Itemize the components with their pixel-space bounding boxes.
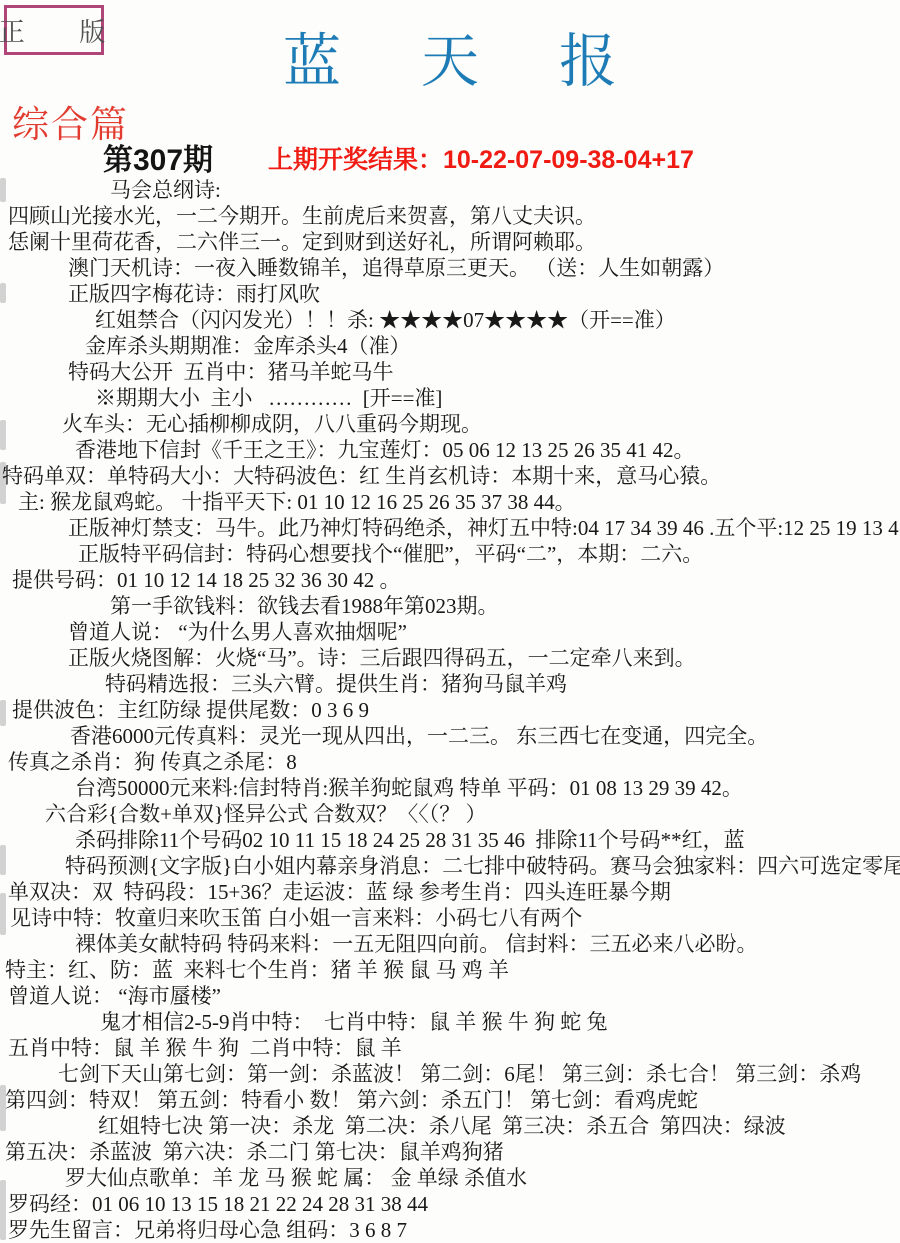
text-line: 特码单双：单特码大小：大特码波色：红 生肖玄机诗：本期十来，意马心猿。	[0, 463, 900, 489]
text-line: 正版特平码信封：特码心想要找个“催肥”，平码“二”，本期：二六。	[0, 541, 900, 567]
text-line: 火车头：无心插柳柳成阴，八八重码今期现。	[0, 411, 900, 437]
text-line: 特主：红、防：蓝 来料七个生肖：猪 羊 猴 鼠 马 鸡 羊	[0, 957, 900, 983]
text-line: 曾道人说： “为什么男人喜欢抽烟呢”	[0, 619, 900, 645]
text-line: 特码精选报：三头六臂。提供生肖：猪狗马鼠羊鸡	[0, 671, 900, 697]
text-line: 马会总纲诗:	[0, 177, 900, 203]
text-line: 见诗中特：牧童归来吹玉笛 白小姐一言来料：小码七八有两个	[0, 905, 900, 931]
text-line: 澳门天机诗：一夜入睡数锦羊，追得草原三更天。 （送：人生如朝露）	[0, 255, 900, 281]
report-title: 蓝天报	[0, 14, 900, 98]
text-line: 罗大仙点歌单：羊 龙 马 猴 蛇 属： 金 单绿 杀值水	[0, 1165, 900, 1191]
report-page: 正 版 蓝天报 综合篇 第307期 上期开奖结果：10-22-07-09-38-…	[0, 0, 900, 1243]
text-line: 主: 猴龙鼠鸡蛇。 十指平天下: 01 10 12 16 25 26 35 37…	[0, 489, 900, 515]
text-line: 罗码经：01 06 10 13 15 18 21 22 24 28 31 38 …	[0, 1191, 900, 1217]
text-line: 特码大公开 五肖中：猪马羊蛇马牛	[0, 359, 900, 385]
text-line: 特码预测{文字版}白小姐内幕亲身消息：二七排中破特码。赛马会独家料：四六可选定零…	[0, 853, 900, 879]
text-line: 鬼才相信2-5-9肖中特： 七肖中特：鼠 羊 猴 牛 狗 蛇 兔	[0, 1009, 900, 1035]
text-line: 六合彩{合数+单双}怪异公式 合数双？〈〈（？ ）	[0, 801, 900, 827]
text-line: 香港6000元传真料：灵光一现从四出，一二三。 东三西七在变通，四完全。	[0, 723, 900, 749]
text-line: 红姐禁合（闪闪发光）！！杀: ★★★★07★★★★（开==准）	[0, 307, 900, 333]
text-line: 正版火烧图解：火烧“马”。诗：三后跟四得码五，一二定牵八来到。	[0, 645, 900, 671]
text-line: 红姐特七决 第一决：杀龙 第二决：杀八尾 第三决：杀五合 第四决：绿波	[0, 1113, 900, 1139]
text-line: 第一手欲钱料：欲钱去看1988年第023期。	[0, 593, 900, 619]
text-line: 提供波色：主红防绿 提供尾数：0 3 6 9	[0, 697, 900, 723]
text-line: 传真之杀肖：狗 传真之杀尾：8	[0, 749, 900, 775]
text-line: 四顾山光接水光，一二今期开。生前虎后来贺喜，第八丈夫识。	[0, 203, 900, 229]
text-line: ※期期大小 主小 ………… [开==准]	[0, 385, 900, 411]
text-line: 第五决：杀蓝波 第六决：杀二门 第七决：鼠羊鸡狗猪	[0, 1139, 900, 1165]
text-line: 杀码排除11个号码02 10 11 15 18 24 25 28 31 35 4…	[0, 827, 900, 853]
previous-draw-result: 上期开奖结果：10-22-07-09-38-04+17	[268, 140, 694, 176]
text-line: 提供号码：01 10 12 14 18 25 32 36 30 42 。	[0, 567, 900, 593]
text-line: 香港地下信封《千王之王》：九宝莲灯：05 06 12 13 25 26 35 4…	[0, 437, 900, 463]
issue-number: 第307期	[103, 135, 213, 179]
text-line: 裸体美女献特码 特码来料：一五无阻四向前。 信封料：三五必来八必盼。	[0, 931, 900, 957]
text-line: 恁阑十里荷花香，二六伴三一。定到财到送好礼，所谓阿赖耶。	[0, 229, 900, 255]
text-line: 正版神灯禁支：马牛。此乃神灯特码绝杀，神灯五中特:04 17 34 39 46 …	[0, 515, 900, 541]
text-line: 五肖中特：鼠 羊 猴 牛 狗 二肖中特：鼠 羊	[0, 1035, 900, 1061]
text-line: 正版四字梅花诗：雨打风吹	[0, 281, 900, 307]
text-line: 第四剑：特双！ 第五剑：特看小 数！ 第六剑：杀五门！ 第七剑：看鸡虎蛇	[0, 1087, 900, 1113]
text-line: 曾道人说： “海市蜃楼”	[0, 983, 900, 1009]
text-line: 台湾50000元来料:信封特肖:猴羊狗蛇鼠鸡 特单 平码：01 08 13 29…	[0, 775, 900, 801]
text-line: 金库杀头期期准：金库杀头4（准）	[0, 333, 900, 359]
body-text: 马会总纲诗:四顾山光接水光，一二今期开。生前虎后来贺喜，第八丈夫识。恁阑十里荷花…	[0, 177, 900, 1243]
text-line: 七剑下天山第七剑：第一剑：杀蓝波！ 第二剑：6尾！ 第三剑：杀七合！ 第三剑：杀…	[0, 1061, 900, 1087]
text-line: 单双决：双 特码段：15+36？走运波：蓝 绿 参考生肖：四头连旺暴今期	[0, 879, 900, 905]
text-line: 罗先生留言：兄弟将归母心急 组码：3 6 8 7	[0, 1217, 900, 1243]
